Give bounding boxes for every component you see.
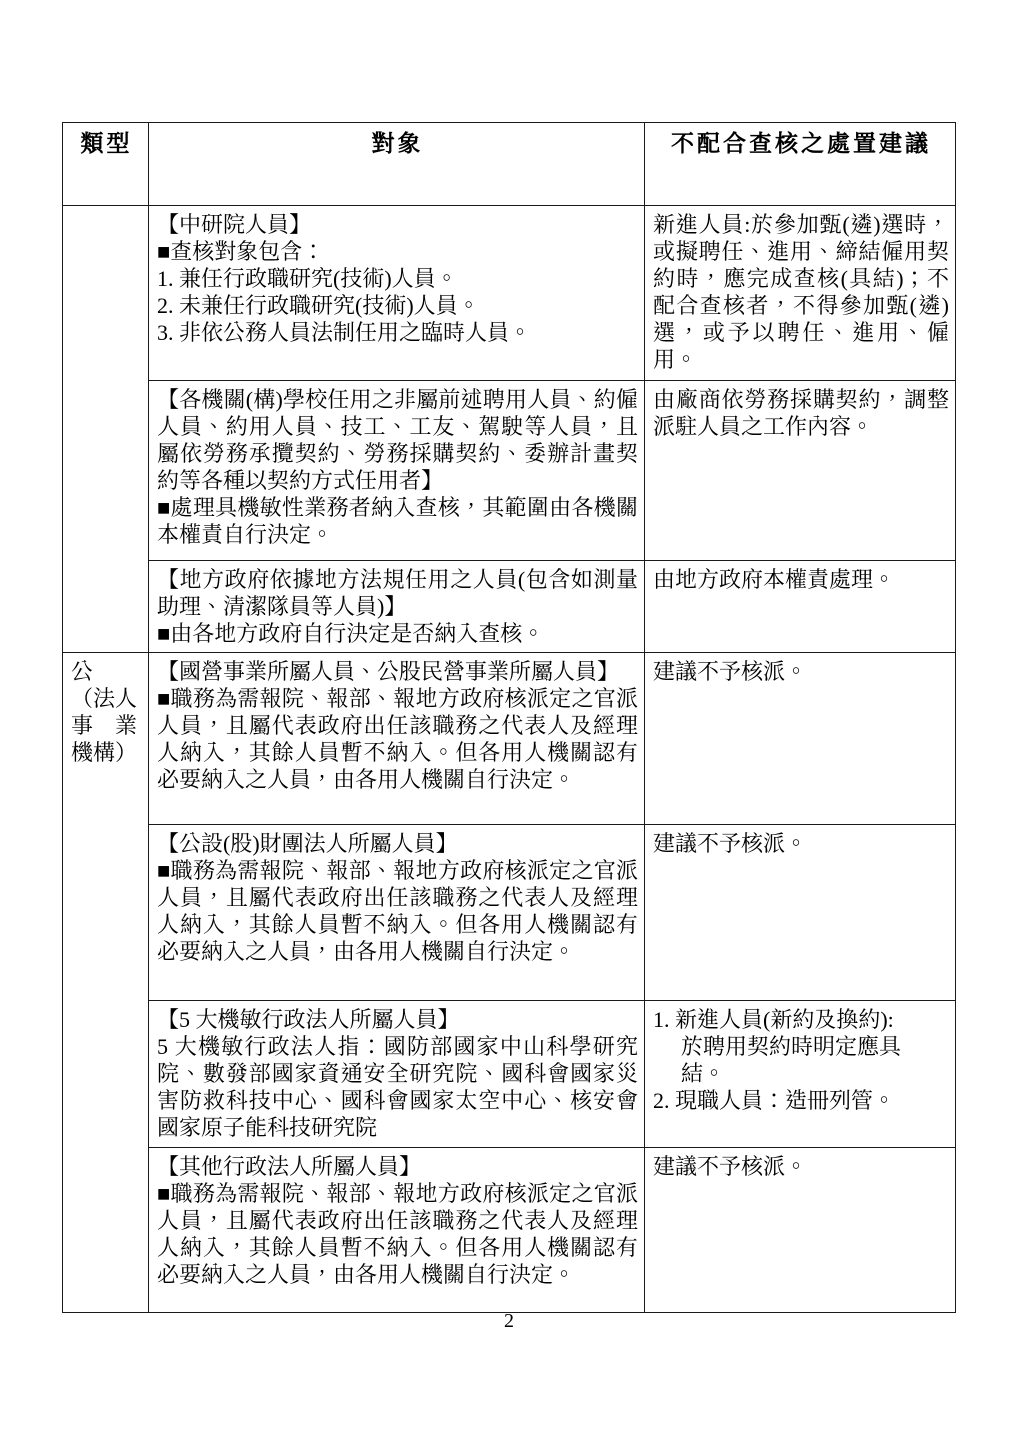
- paragraph: 由廠商依勞務採購契約，調整派駐人員之工作內容。: [653, 386, 949, 440]
- target-cell: 【各機關(構)學校任用之非屬前述聘用人員、約僱人員、約用人員、技工、工友、駕駛等…: [149, 381, 645, 561]
- table-row: 【地方政府依據地方法規任用之人員(包含如測量助理、清潔隊員等人員)】■由各地方政…: [63, 561, 956, 653]
- paragraph: 新進人員:於參加甄(遴)選時，或擬聘任、進用、締結僱用契約時，應完成查核(具結)…: [653, 211, 949, 373]
- column-header-target: 對象: [149, 123, 645, 206]
- target-cell: 【國營事業所屬人員、公股民營事業所屬人員】■職務為需報院、報部、報地方政府核派定…: [149, 653, 645, 825]
- paragraph: 建議不予核派。: [653, 1153, 949, 1180]
- paragraph: 建議不予核派。: [653, 658, 949, 685]
- numbered-item: 1. 新進人員(新約及換約): 於聘用契約時明定應具 結。: [653, 1006, 949, 1087]
- remedy-cell: 由地方政府本權責處理。: [645, 561, 956, 653]
- paragraph: 【各機關(構)學校任用之非屬前述聘用人員、約僱人員、約用人員、技工、工友、駕駛等…: [157, 386, 638, 494]
- target-cell: 【其他行政法人所屬人員】■職務為需報院、報部、報地方政府核派定之官派人員，且屬代…: [149, 1148, 645, 1313]
- document-page: 類型 對象 不配合查核之處置建議 【中研院人員】■查核對象包含：1. 兼任行政職…: [0, 0, 1018, 1440]
- paragraph: ■職務為需報院、報部、報地方政府核派定之官派人員，且屬代表政府出任該職務之代表人…: [157, 1180, 638, 1288]
- target-cell: 【地方政府依據地方法規任用之人員(包含如測量助理、清潔隊員等人員)】■由各地方政…: [149, 561, 645, 653]
- numbered-item: 2. 現職人員：造冊列管。: [653, 1087, 949, 1114]
- remedy-cell: 新進人員:於參加甄(遴)選時，或擬聘任、進用、締結僱用契約時，應完成查核(具結)…: [645, 206, 956, 381]
- type-cell-blank: [63, 206, 149, 653]
- table-row: 公 （法人 事 業 機構）【國營事業所屬人員、公股民營事業所屬人員】■職務為需報…: [63, 653, 956, 825]
- numbered-item: 1. 兼任行政職研究(技術)人員。: [157, 265, 638, 292]
- paragraph: 【國營事業所屬人員、公股民營事業所屬人員】: [157, 658, 638, 685]
- paragraph: ■查核對象包含：: [157, 238, 638, 265]
- column-header-type: 類型: [63, 123, 149, 206]
- target-cell: 【5 大機敏行政法人所屬人員】5 大機敏行政法人指：國防部國家中山科學研究院、數…: [149, 1001, 645, 1148]
- paragraph: 【其他行政法人所屬人員】: [157, 1153, 638, 1180]
- paragraph: 【公設(股)財團法人所屬人員】: [157, 830, 638, 857]
- paragraph: ■由各地方政府自行決定是否納入查核。: [157, 620, 638, 647]
- remedy-cell: 建議不予核派。: [645, 1148, 956, 1313]
- paragraph: 【5 大機敏行政法人所屬人員】: [157, 1006, 638, 1033]
- page-number: 2: [0, 1310, 1018, 1333]
- table-row: 【各機關(構)學校任用之非屬前述聘用人員、約僱人員、約用人員、技工、工友、駕駛等…: [63, 381, 956, 561]
- table-row: 【其他行政法人所屬人員】■職務為需報院、報部、報地方政府核派定之官派人員，且屬代…: [63, 1148, 956, 1313]
- remedy-cell: 1. 新進人員(新約及換約): 於聘用契約時明定應具 結。2. 現職人員：造冊列…: [645, 1001, 956, 1148]
- remedy-cell: 由廠商依勞務採購契約，調整派駐人員之工作內容。: [645, 381, 956, 561]
- paragraph: ■職務為需報院、報部、報地方政府核派定之官派人員，且屬代表政府出任該職務之代表人…: [157, 685, 638, 793]
- personnel-check-table: 類型 對象 不配合查核之處置建議 【中研院人員】■查核對象包含：1. 兼任行政職…: [62, 122, 956, 1313]
- header-row: 類型 對象 不配合查核之處置建議: [63, 123, 956, 206]
- remedy-cell: 建議不予核派。: [645, 653, 956, 825]
- type-label: 公 （法人 事 業 機構）: [71, 658, 142, 766]
- paragraph: 【地方政府依據地方法規任用之人員(包含如測量助理、清潔隊員等人員)】: [157, 566, 638, 620]
- column-header-remedy: 不配合查核之處置建議: [645, 123, 956, 206]
- target-cell: 【中研院人員】■查核對象包含：1. 兼任行政職研究(技術)人員。2. 未兼任行政…: [149, 206, 645, 381]
- paragraph: 5 大機敏行政法人指：國防部國家中山科學研究院、數發部國家資通安全研究院、國科會…: [157, 1033, 638, 1141]
- paragraph: 【中研院人員】: [157, 211, 638, 238]
- table-row: 【中研院人員】■查核對象包含：1. 兼任行政職研究(技術)人員。2. 未兼任行政…: [63, 206, 956, 381]
- paragraph: ■處理具機敏性業務者納入查核，其範圍由各機關本權責自行決定。: [157, 494, 638, 548]
- table-row: 【5 大機敏行政法人所屬人員】5 大機敏行政法人指：國防部國家中山科學研究院、數…: [63, 1001, 956, 1148]
- paragraph: ■職務為需報院、報部、報地方政府核派定之官派人員，且屬代表政府出任該職務之代表人…: [157, 857, 638, 965]
- paragraph: 由地方政府本權責處理。: [653, 566, 949, 593]
- table-row: 【公設(股)財團法人所屬人員】■職務為需報院、報部、報地方政府核派定之官派人員，…: [63, 825, 956, 1001]
- type-cell-public-entities: 公 （法人 事 業 機構）: [63, 653, 149, 1313]
- numbered-item: 3. 非依公務人員法制任用之臨時人員。: [157, 319, 638, 346]
- numbered-item: 2. 未兼任行政職研究(技術)人員。: [157, 292, 638, 319]
- target-cell: 【公設(股)財團法人所屬人員】■職務為需報院、報部、報地方政府核派定之官派人員，…: [149, 825, 645, 1001]
- remedy-cell: 建議不予核派。: [645, 825, 956, 1001]
- paragraph: 建議不予核派。: [653, 830, 949, 857]
